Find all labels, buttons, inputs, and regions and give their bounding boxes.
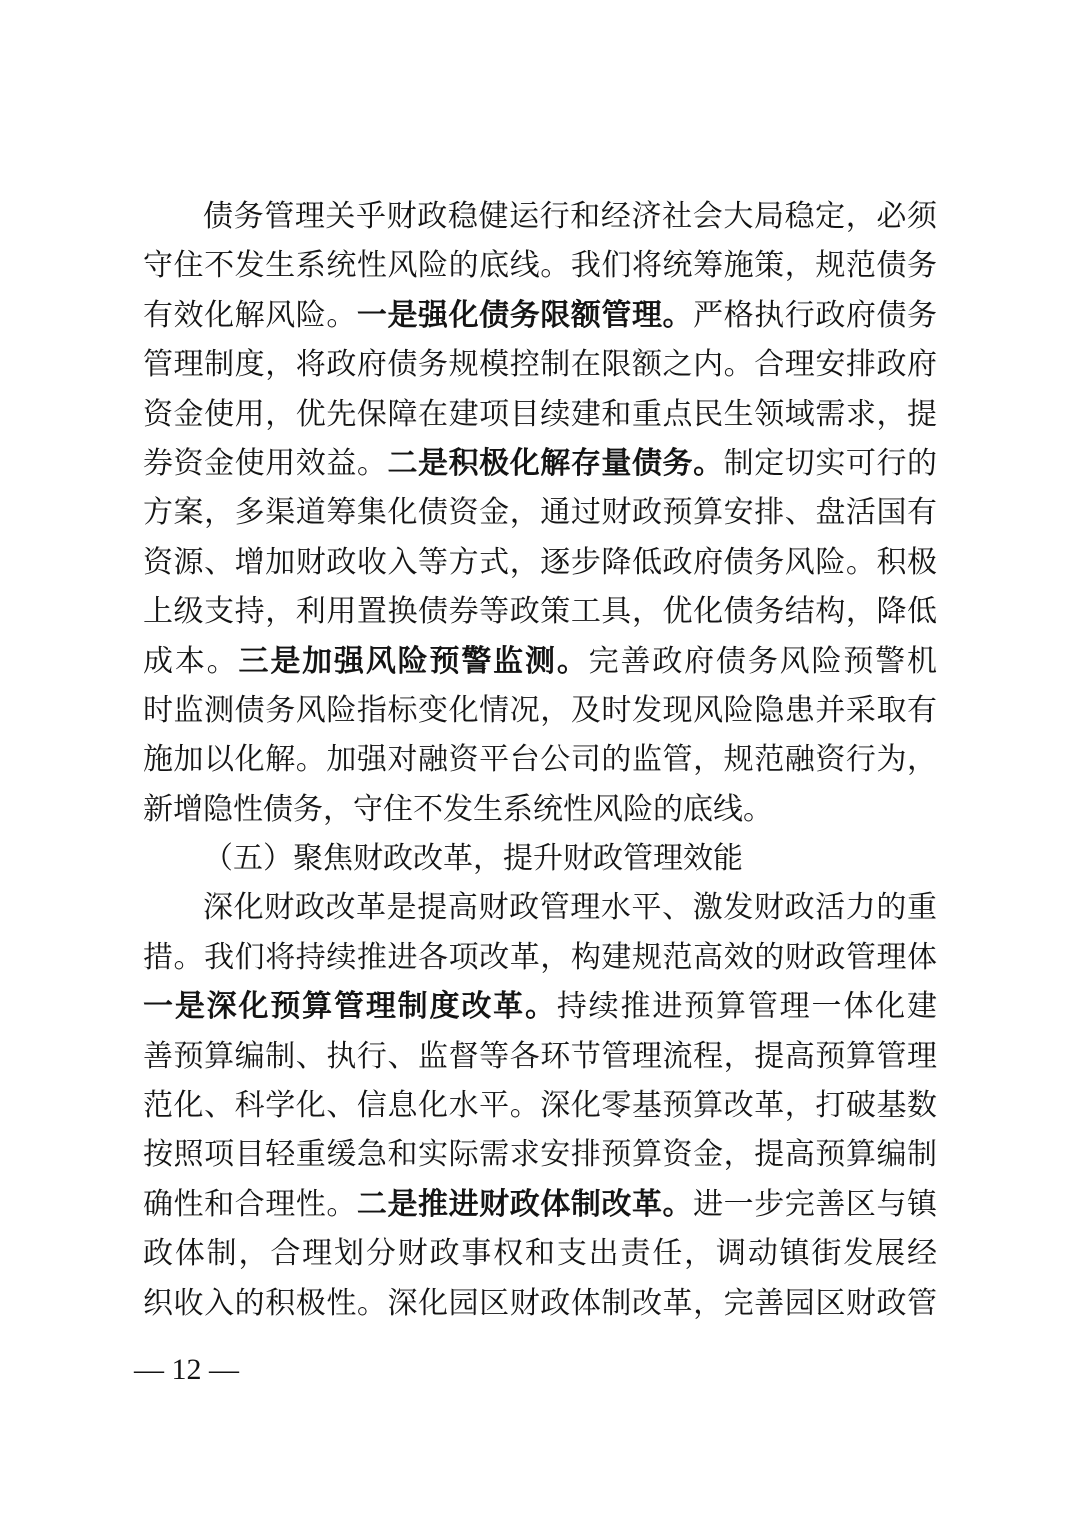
text-line: 上级支持，利用置换债券等政策工具，优化债务结构，降低债务 (143, 587, 937, 636)
text-line: 善预算编制、执行、监督等各环节管理流程，提高预算管理的规 (143, 1032, 937, 1081)
page-number: — 12 — (134, 1353, 239, 1386)
text-run: 有效化解风险。 (143, 299, 357, 332)
bold-run: 一是深化预算管理制度改革。 (143, 990, 557, 1023)
text-line: 管理制度，将政府债务规模控制在限额之内。合理安排政府债券 (143, 340, 937, 389)
text-run: 织收入的积极性。深化园区财政体制改革，完善园区财政管理机 (143, 1287, 937, 1328)
text-run: 成本。 (143, 645, 239, 678)
text-run: 资源、增加财政收入等方式，逐步降低政府债务风险。积极争取 (143, 546, 937, 587)
text-line: 织收入的积极性。深化园区财政体制改革，完善园区财政管理机 (143, 1279, 937, 1328)
bold-run: 一是强化债务限额管理。 (357, 299, 693, 332)
text-line: 政体制，合理划分财政事权和支出责任，调动镇街发展经济、组 (143, 1229, 937, 1278)
text-line: 资金使用，优先保障在建项目续建和重点民生领域需求，提高债 (143, 390, 937, 439)
text-run: 确性和合理性。 (143, 1188, 357, 1221)
text-run: 时监测债务风险指标变化情况，及时发现风险隐患并采取有效措 (143, 694, 937, 735)
bold-run: 二是推进财政体制改革。 (357, 1188, 693, 1221)
text-run: 政体制，合理划分财政事权和支出责任，调动镇街发展经济、组 (143, 1237, 937, 1278)
text-line: 有效化解风险。一是强化债务限额管理。严格执行政府债务限额 (143, 291, 937, 340)
text-run: 守住不发生系统性风险的底线。我们将统筹施策，规范债务管理， (143, 249, 937, 290)
text-run: 按照项目轻重缓急和实际需求安排预算资金，提高预算编制的准 (143, 1138, 937, 1179)
text-run: 方案，多渠道筹集化债资金，通过财政预算安排、盘活国有资产 (143, 496, 937, 537)
text-line: 方案，多渠道筹集化债资金，通过财政预算安排、盘活国有资产 (143, 488, 937, 537)
text-line: 债务管理关乎财政稳健运行和经济社会大局稳定，必须牢牢 (143, 192, 937, 241)
text-line: 一是深化预算管理制度改革。持续推进预算管理一体化建设，完 (143, 982, 937, 1031)
text-line: 确性和合理性。二是推进财政体制改革。进一步完善区与镇街财 (143, 1180, 937, 1229)
text-line: 范化、科学化、信息化水平。深化零基预算改革，打破基数概念， (143, 1081, 937, 1130)
text-run: 措。我们将持续推进各项改革，构建规范高效的财政管理体系。 (143, 941, 937, 982)
bold-run: 三是加强风险预警监测。 (239, 645, 589, 678)
bold-run: 二是积极化解存量债务。 (387, 447, 723, 480)
text-line: 深化财政改革是提高财政管理水平、激发财政活力的重要举 (143, 883, 937, 932)
text-run: 债务管理关乎财政稳健运行和经济社会大局稳定，必须牢牢 (203, 200, 937, 241)
text-run: 施加以化解。加强对融资平台公司的监管，规范融资行为，严禁 (143, 743, 937, 784)
document-body: 债务管理关乎财政稳健运行和经济社会大局稳定，必须牢牢守住不发生系统性风险的底线。… (143, 192, 937, 1328)
text-run: 深化财政改革是提高财政管理水平、激发财政活力的重要举 (203, 891, 937, 932)
text-line: 时监测债务风险指标变化情况，及时发现风险隐患并采取有效措 (143, 686, 937, 735)
text-line: 成本。三是加强风险预警监测。完善政府债务风险预警机制，实 (143, 637, 937, 686)
section-heading: （五）聚焦财政改革，提升财政管理效能 (143, 834, 937, 883)
text-run: 资金使用，优先保障在建项目续建和重点民生领域需求，提高债 (143, 398, 937, 439)
text-run: 管理制度，将政府债务规模控制在限额之内。合理安排政府债券 (143, 348, 937, 389)
document-page: 债务管理关乎财政稳健运行和经济社会大局稳定，必须牢牢守住不发生系统性风险的底线。… (0, 0, 1074, 1520)
text-run: （五）聚焦财政改革，提升财政管理效能 (203, 842, 743, 875)
text-line: 新增隐性债务，守住不发生系统性风险的底线。 (143, 785, 937, 834)
text-run: 券资金使用效益。 (143, 447, 387, 480)
text-run: 上级支持，利用置换债券等政策工具，优化债务结构，降低债务 (143, 595, 937, 636)
text-line: 措。我们将持续推进各项改革，构建规范高效的财政管理体系。 (143, 933, 937, 982)
text-run: 范化、科学化、信息化水平。深化零基预算改革，打破基数概念， (143, 1089, 937, 1130)
text-line: 施加以化解。加强对融资平台公司的监管，规范融资行为，严禁 (143, 735, 937, 784)
text-line: 资源、增加财政收入等方式，逐步降低政府债务风险。积极争取 (143, 538, 937, 587)
text-run: 善预算编制、执行、监督等各环节管理流程，提高预算管理的规 (143, 1040, 937, 1081)
page-footer: — 12 — (134, 1348, 239, 1392)
text-run: 新增隐性债务，守住不发生系统性风险的底线。 (143, 793, 773, 826)
text-line: 券资金使用效益。二是积极化解存量债务。制定切实可行的化债 (143, 439, 937, 488)
text-line: 按照项目轻重缓急和实际需求安排预算资金，提高预算编制的准 (143, 1130, 937, 1179)
text-line: 守住不发生系统性风险的底线。我们将统筹施策，规范债务管理， (143, 241, 937, 290)
